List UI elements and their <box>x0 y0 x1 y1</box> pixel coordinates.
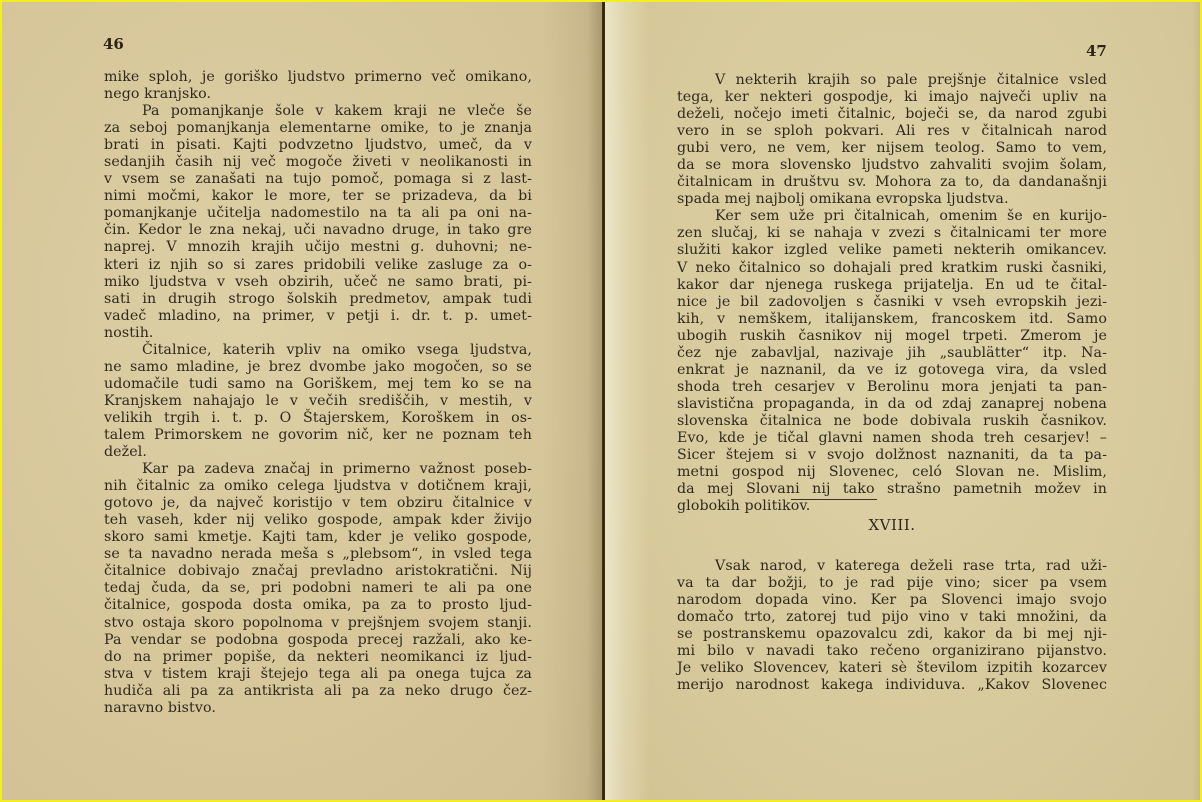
text-line: udomačile tudi samo na Goriškem, mej tem… <box>104 376 532 393</box>
text-line: naravno bistvo. <box>104 700 532 717</box>
text-line: naprej. V mnozih krajih učijo mestni g. … <box>104 239 532 256</box>
text-line: kih, v nemškem, italijanskem, francoskem… <box>677 311 1107 328</box>
text-line: teh vaseh, kder nij veliko gospode, ampa… <box>104 512 532 529</box>
text-line: mi bilo v navadi tako rečeno organiziran… <box>677 643 1107 660</box>
text-line: spada mej najbolj omikana evropska ljuds… <box>677 191 1107 208</box>
text-line: Ker sem uže pri čitalnicah, omenim še en… <box>677 208 1107 225</box>
text-line: miko ljudstva v vseh obzirih, učeč ne sa… <box>104 274 532 291</box>
text-line: dežel. <box>104 444 532 461</box>
text-line: služiti kakor izgled velike pameti nekte… <box>677 242 1107 259</box>
text-line: nego kranjsko. <box>104 86 532 103</box>
text-line: čitalnicam in društvu sv. Mohora za to, … <box>677 174 1107 191</box>
book-spread: 46 mike sploh, je goriško ljudstvo prime… <box>2 2 1200 800</box>
text-line: va ta dar božji, to je rad pije vino; si… <box>677 575 1107 592</box>
text-line: Pa pomanjkanje šole v kakem kraji ne vle… <box>104 103 532 120</box>
text-line: stva v tistem kraji štejejo tega ali pa … <box>104 666 532 683</box>
text-line: nimi močmi, kakor le more, ter se prizad… <box>104 188 532 205</box>
right-page: 47 V nekterih krajih so pale prejšnje či… <box>605 2 1200 800</box>
text-line: vero in se sploh pokvari. Ali res v čita… <box>677 123 1107 140</box>
text-line: slovenska čitalnica ne bode dobivala rus… <box>677 413 1107 430</box>
page-body: mike sploh, je goriško ljudstvo primerno… <box>104 69 532 717</box>
text-line: vadeč mladino, na primer, v petji i. dr.… <box>104 308 532 325</box>
text-line: nice je bil zadovoljen s časniki v vseh … <box>677 294 1107 311</box>
text-line: Čitalnice, katerih vpliv na omiko vsega … <box>104 342 532 359</box>
text-line: gubi vero, ne vem, ker nijsem teolog. Sa… <box>677 140 1107 157</box>
text-line: za seboj pomanjkanja elementarne omike, … <box>104 120 532 137</box>
text-line: slavistična propaganda, in da od zdaj za… <box>677 396 1107 413</box>
text-line: mike sploh, je goriško ljudstvo primerno… <box>104 69 532 86</box>
text-line: da mej Slovani nij tako strašno pametnih… <box>677 481 1107 498</box>
text-line: se postranskemu opazovalcu zdi, kakor da… <box>677 626 1107 643</box>
text-line: da se mora slovensko ljudstvo zahvaliti … <box>677 157 1107 174</box>
text-line: brati in pisati. Kajti podvzetno ljudstv… <box>104 137 532 154</box>
text-line: merijo narodnost kakega individuva. „Kak… <box>677 677 1107 694</box>
page-number: 47 <box>1086 42 1107 60</box>
text-line: V neko čitalnico so dohajali pred kratki… <box>677 260 1107 277</box>
text-line: tedaj čuda, da se, pri podobni nameri te… <box>104 580 532 597</box>
text-line: kakor dar njenega ruskega prijatelja. En… <box>677 277 1107 294</box>
text-line: Pa vendar se podobna gospoda precej razž… <box>104 632 532 649</box>
text-line: gotovo je, da največ koristijo v tem obz… <box>104 495 532 512</box>
text-line: velikih trgih i. t. p. O Štajerskem, Kor… <box>104 410 532 427</box>
text-line: narodom dopada vino. Ker pa Slovenci ima… <box>677 592 1107 609</box>
chapter-heading: XVIII. <box>677 516 1107 534</box>
text-line: skoro sami kmetje. Kajti tam, kder je ve… <box>104 529 532 546</box>
page-body: V nekterih krajih so pale prejšnje čital… <box>677 72 1107 515</box>
section-divider-rule <box>791 499 877 500</box>
text-line: zen slučaj, ki se nahaja v zvezi s čital… <box>677 225 1107 242</box>
text-line: sedanjih časih nij več mogoče živeti v n… <box>104 154 532 171</box>
page-number: 46 <box>103 35 124 53</box>
text-line: globokih politikov. <box>677 498 1107 515</box>
text-line: se ta navadno nerada meša s „plebsom“, i… <box>104 546 532 563</box>
text-line: domačo trto, zatorej tud pijo vino v tak… <box>677 609 1107 626</box>
text-line: Kar pa zadeva značaj in primerno važnost… <box>104 461 532 478</box>
chapter-body: Vsak narod, v katerega deželi rase trta,… <box>677 558 1107 694</box>
text-line: nostih. <box>104 325 532 342</box>
text-line: čitalnice dobivajo značaj prevladno aris… <box>104 563 532 580</box>
text-line: talem Primorskem ne govorim nič, ker ne … <box>104 427 532 444</box>
text-line: tega, ker nekteri gospodje, ki imajo naj… <box>677 89 1107 106</box>
text-line: stvo ostaja skoro popolnoma v prejšnjem … <box>104 615 532 632</box>
text-line: enkrat je naznanil, da ve iz gotovega vi… <box>677 362 1107 379</box>
text-line: deželi, nočejo imeti čitalnic, boječi se… <box>677 106 1107 123</box>
left-page: 46 mike sploh, je goriško ljudstvo prime… <box>2 2 603 800</box>
text-line: do na primer popiše, da nekteri neomikan… <box>104 649 532 666</box>
page-edge-shading <box>1192 2 1200 800</box>
text-line: čitalnice, gospoda dosta omika, pa za to… <box>104 597 532 614</box>
text-line: shoda treh cesarjev v Berolinu mora jenj… <box>677 379 1107 396</box>
text-line: Kranjskem nahajajo le v večih središčih,… <box>104 393 532 410</box>
text-line: ubogih ruskih časnikov nij mogel trpeti.… <box>677 328 1107 345</box>
text-line: Evo, kde je tičal glavni namen shoda tre… <box>677 430 1107 447</box>
text-line: metni gospod nij Slovenec, celó Slovan n… <box>677 464 1107 481</box>
text-line: čin. Kedor le zna nekaj, uči navadno dru… <box>104 222 532 239</box>
text-line: čez nje zabavljal, nazivaje jih „saublät… <box>677 345 1107 362</box>
text-line: hudiča ali pa za antikrista ali pa za ne… <box>104 683 532 700</box>
text-line: kteri iz njih so si zares pridobili veli… <box>104 257 532 274</box>
text-line: pomanjkanje učitelja nadomestilo na ta a… <box>104 205 532 222</box>
text-line: v vsem se zanašati na tujo pomoč, pomaga… <box>104 171 532 188</box>
text-line: nih čitalnic za omiko celega ljudstva v … <box>104 478 532 495</box>
text-line: Vsak narod, v katerega deželi rase trta,… <box>677 558 1107 575</box>
text-line: sati in drugih strogo šolskih predmetov,… <box>104 291 532 308</box>
text-line: ne samo mladine, je brez dvombe jako mog… <box>104 359 532 376</box>
text-line: Sicer štejem si v svojo dolžnost naznani… <box>677 447 1107 464</box>
text-line: Je veliko Slovencev, kateri sè številom … <box>677 660 1107 677</box>
text-line: V nekterih krajih so pale prejšnje čital… <box>677 72 1107 89</box>
